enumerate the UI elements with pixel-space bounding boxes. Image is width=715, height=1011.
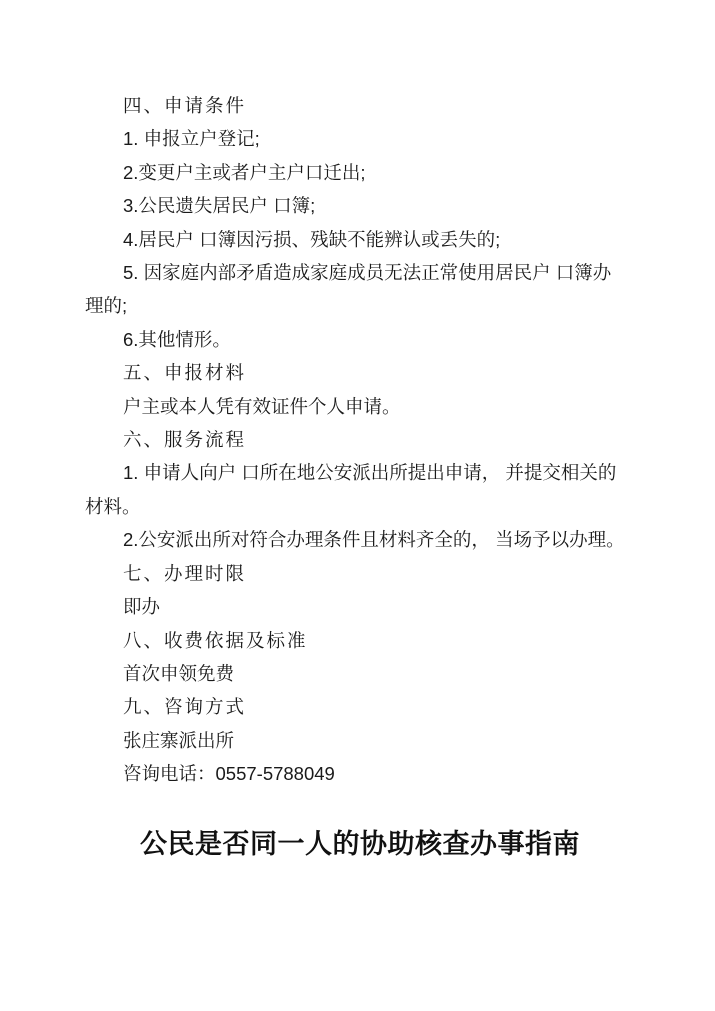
body-text-phone: 咨询电话：0557-5788049 [85, 757, 635, 790]
section-heading-5: 五、申报材料 [85, 356, 635, 389]
list-item-2: 2.变更户主或者户主户口迁出; [85, 156, 635, 189]
section-heading-4: 四、申请条件 [85, 89, 635, 122]
list-item-6: 6.其他情形。 [85, 323, 635, 356]
list-item-4: 4.居民户 口簿因污损、残缺不能辨认或丢失的; [85, 223, 635, 256]
list-item-1: 1. 申报立户登记; [85, 122, 635, 155]
list-item-5: 5. 因家庭内部矛盾造成家庭成员无法正常使用居民户 口簿办 [85, 256, 635, 289]
process-step-1: 1. 申请人向户 口所在地公安派出所提出申请， 并提交相关的 [85, 456, 635, 489]
body-text-fee: 首次申领免费 [85, 657, 635, 690]
section-heading-6: 六、服务流程 [85, 423, 635, 456]
section-heading-7: 七、办理时限 [85, 557, 635, 590]
process-step-2: 2.公安派出所对符合办理条件且材料齐全的， 当场予以办理。 [85, 523, 635, 556]
section-heading-8: 八、收费依据及标准 [85, 624, 635, 657]
body-text-station: 张庄寨派出所 [85, 724, 635, 757]
document-title: 公民是否同一人的协助核查办事指南 [85, 822, 635, 866]
section-heading-9: 九、咨询方式 [85, 690, 635, 723]
process-step-1-wrap: 材料。 [85, 490, 635, 523]
document-page: 四、申请条件 1. 申报立户登记; 2.变更户主或者户主户口迁出; 3.公民遗失… [0, 0, 715, 1011]
list-item-3: 3.公民遗失居民户 口簿; [85, 189, 635, 222]
list-item-5-wrap: 理的; [85, 289, 635, 322]
body-text-time-limit: 即办 [85, 590, 635, 623]
body-text-materials: 户主或本人凭有效证件个人申请。 [85, 390, 635, 423]
